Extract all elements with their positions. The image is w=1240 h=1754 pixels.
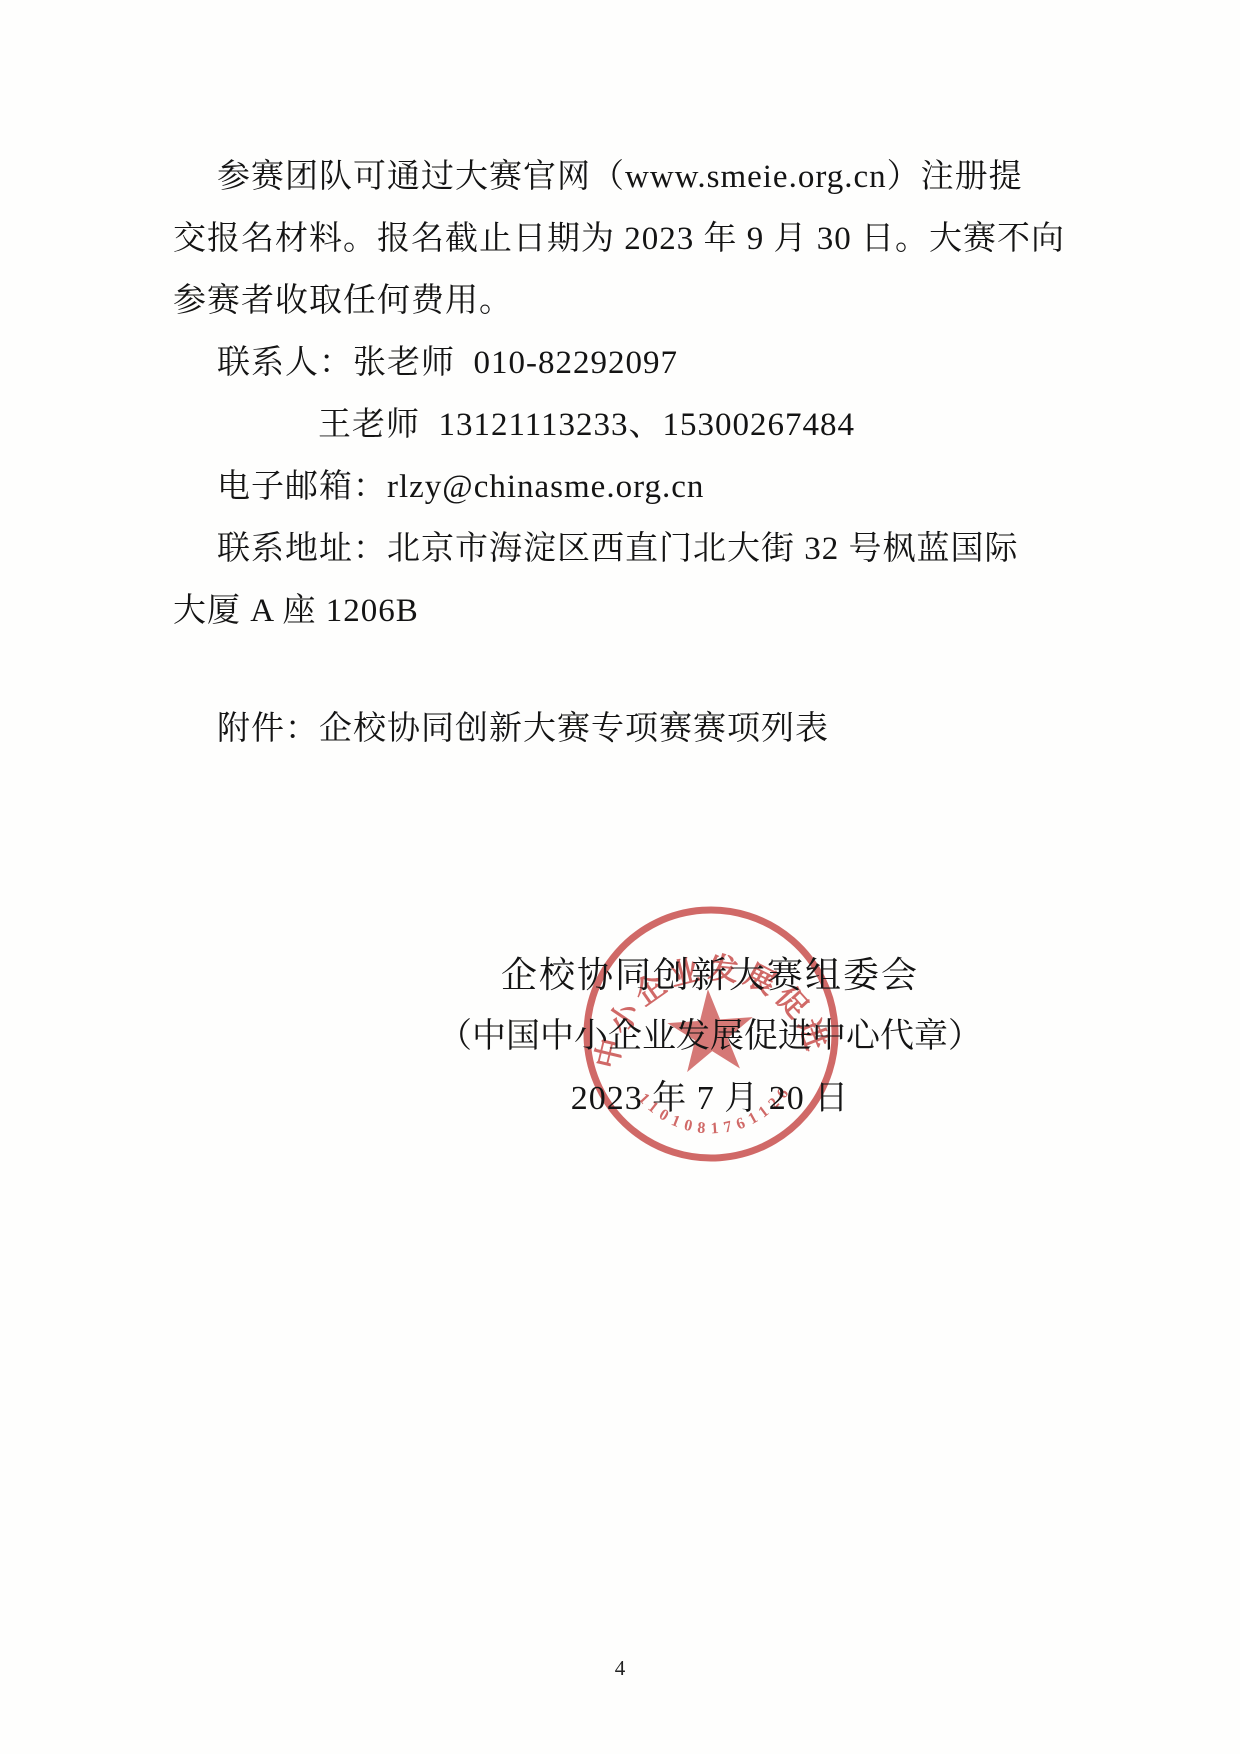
body-text: 参赛团队可通过大赛官网（www.smeie.org.cn）注册提 交报名材料。报… <box>173 146 1073 760</box>
contact-email-line: 电子邮箱：rlzy@chinasme.org.cn <box>173 456 1073 518</box>
contact-address-line-2: 大厦 A 座 1206B <box>173 580 1073 642</box>
paragraph-line: 交报名材料。报名截止日期为 2023 年 9 月 30 日。大赛不向 <box>173 208 1073 270</box>
signature-date: 2023 年 7 月 20 日 <box>420 1068 1000 1130</box>
contact-person-line: 联系人：张老师 010-82292097 <box>173 332 1073 394</box>
attachment-line: 附件：企校协同创新大赛专项赛赛项列表 <box>173 698 1073 760</box>
paragraph-line: 参赛者收取任何费用。 <box>173 270 1073 332</box>
contact-address-line: 联系地址：北京市海淀区西直门北大街 32 号枫蓝国际 <box>173 518 1073 580</box>
paragraph-line: 参赛团队可通过大赛官网（www.smeie.org.cn）注册提 <box>173 146 1073 208</box>
document-page: 参赛团队可通过大赛官网（www.smeie.org.cn）注册提 交报名材料。报… <box>0 0 1240 1754</box>
contact-person-line-2: 王老师 13121113233、15300267484 <box>173 394 1073 456</box>
page-number: 4 <box>0 1656 1240 1681</box>
signature-block: 企校协同创新大赛组委会 （中国中小企业发展促进中心代章） 2023 年 7 月 … <box>420 944 1000 1130</box>
signature-on-behalf-note: （中国中小企业发展促进中心代章） <box>420 1006 1000 1068</box>
signature-organization: 企校协同创新大赛组委会 <box>420 944 1000 1006</box>
